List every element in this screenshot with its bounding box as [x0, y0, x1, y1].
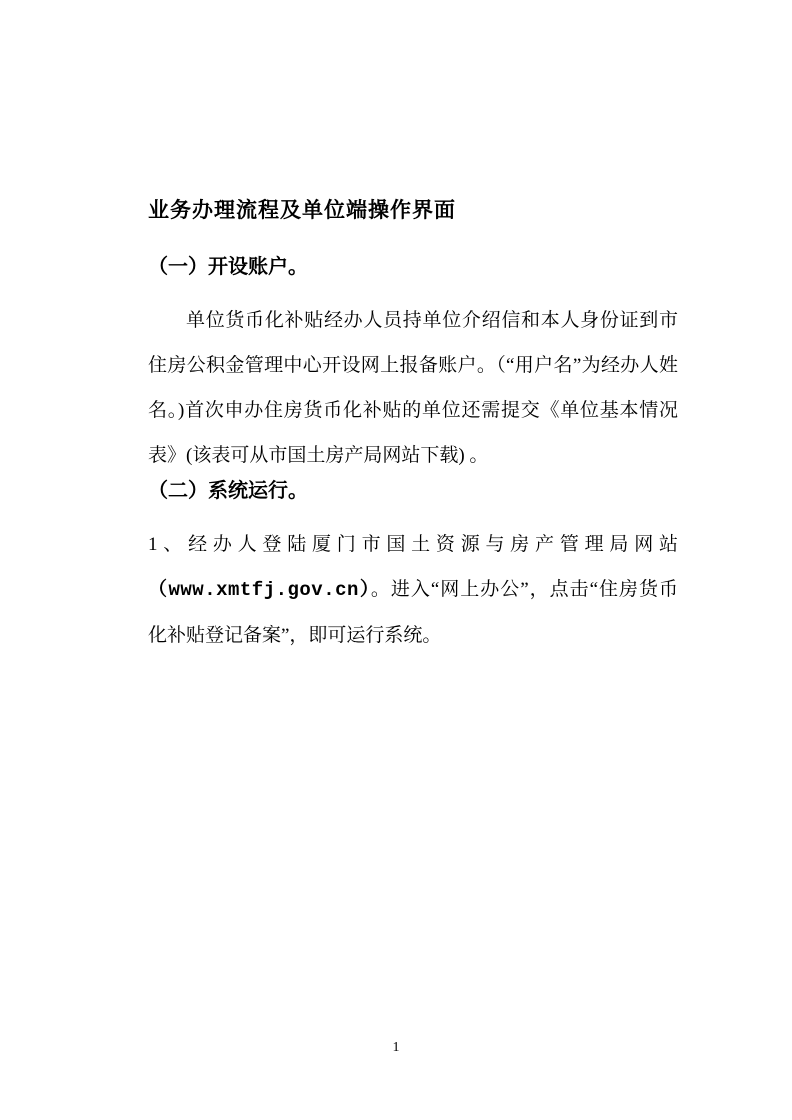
document-title: 业务办理流程及单位端操作界面 — [148, 196, 678, 224]
section-1-heading: （一）开设账户。 — [148, 254, 678, 280]
website-url: （www.xmtfj.gov.cn） — [148, 579, 371, 601]
page-footer: 1 — [0, 1040, 792, 1056]
section-1-paragraph: 单位货币化补贴经办人员持单位介绍信和本人身份证到市住房公积金管理中心开设网上报备… — [148, 298, 678, 478]
document-page: 业务办理流程及单位端操作界面 （一）开设账户。 单位货币化补贴经办人员持单位介绍… — [0, 0, 792, 1120]
section-2-paragraph: 1、经办人登陆厦门市国土资源与房产管理局网站（www.xmtfj.gov.cn）… — [148, 522, 678, 658]
document-body: 业务办理流程及单位端操作界面 （一）开设账户。 单位货币化补贴经办人员持单位介绍… — [148, 196, 678, 658]
section-2-heading: （二）系统运行。 — [148, 478, 678, 504]
page-number: 1 — [393, 1040, 400, 1055]
section-2-text-before-url: 1、经办人登陆厦门市国土资源与房产管理局网站 — [148, 534, 678, 555]
